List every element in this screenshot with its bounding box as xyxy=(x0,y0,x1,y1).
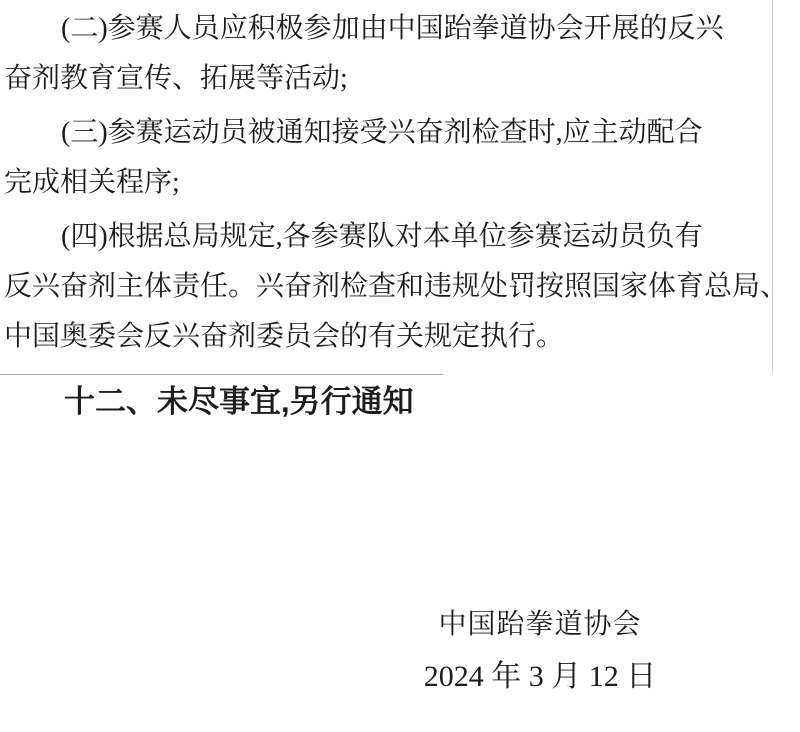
body-paragraph: (二)参赛人员应积极参加由中国跆拳道协会开展的反兴奋剂教育宣传、拓展等活动; xyxy=(4,4,796,104)
body-line: 中国奥委会反兴奋剂委员会的有关规定执行。 xyxy=(4,312,796,362)
body-text: (二)参赛人员应积极参加由中国跆拳道协会开展的反兴奋剂教育宣传、拓展等活动;(三… xyxy=(4,4,796,362)
body-line: (二)参赛人员应积极参加由中国跆拳道协会开展的反兴 xyxy=(4,4,796,54)
section-divider-line xyxy=(0,374,443,375)
body-paragraph: (三)参赛运动员被通知接受兴奋剂检查时,应主动配合完成相关程序; xyxy=(4,108,796,208)
signature-organization: 中国跆拳道协会 xyxy=(280,600,800,650)
body-line: 完成相关程序; xyxy=(4,158,796,208)
body-paragraph: (四)根据总局规定,各参赛队对本单位参赛运动员负有反兴奋剂主体责任。兴奋剂检查和… xyxy=(4,212,796,362)
signature-block: 中国跆拳道协会 2024 年 3 月 12 日 xyxy=(280,600,800,702)
section-heading: 十二、未尽事宜,另行通知 xyxy=(4,377,414,427)
body-line: (四)根据总局规定,各参赛队对本单位参赛运动员负有 xyxy=(4,212,796,262)
document-page: (二)参赛人员应积极参加由中国跆拳道协会开展的反兴奋剂教育宣传、拓展等活动;(三… xyxy=(0,0,800,732)
body-line: (三)参赛运动员被通知接受兴奋剂检查时,应主动配合 xyxy=(4,108,796,158)
body-line: 奋剂教育宣传、拓展等活动; xyxy=(4,54,796,104)
body-line: 反兴奋剂主体责任。兴奋剂检查和违规处罚按照国家体育总局、 xyxy=(4,262,796,312)
signature-date: 2024 年 3 月 12 日 xyxy=(280,652,800,702)
